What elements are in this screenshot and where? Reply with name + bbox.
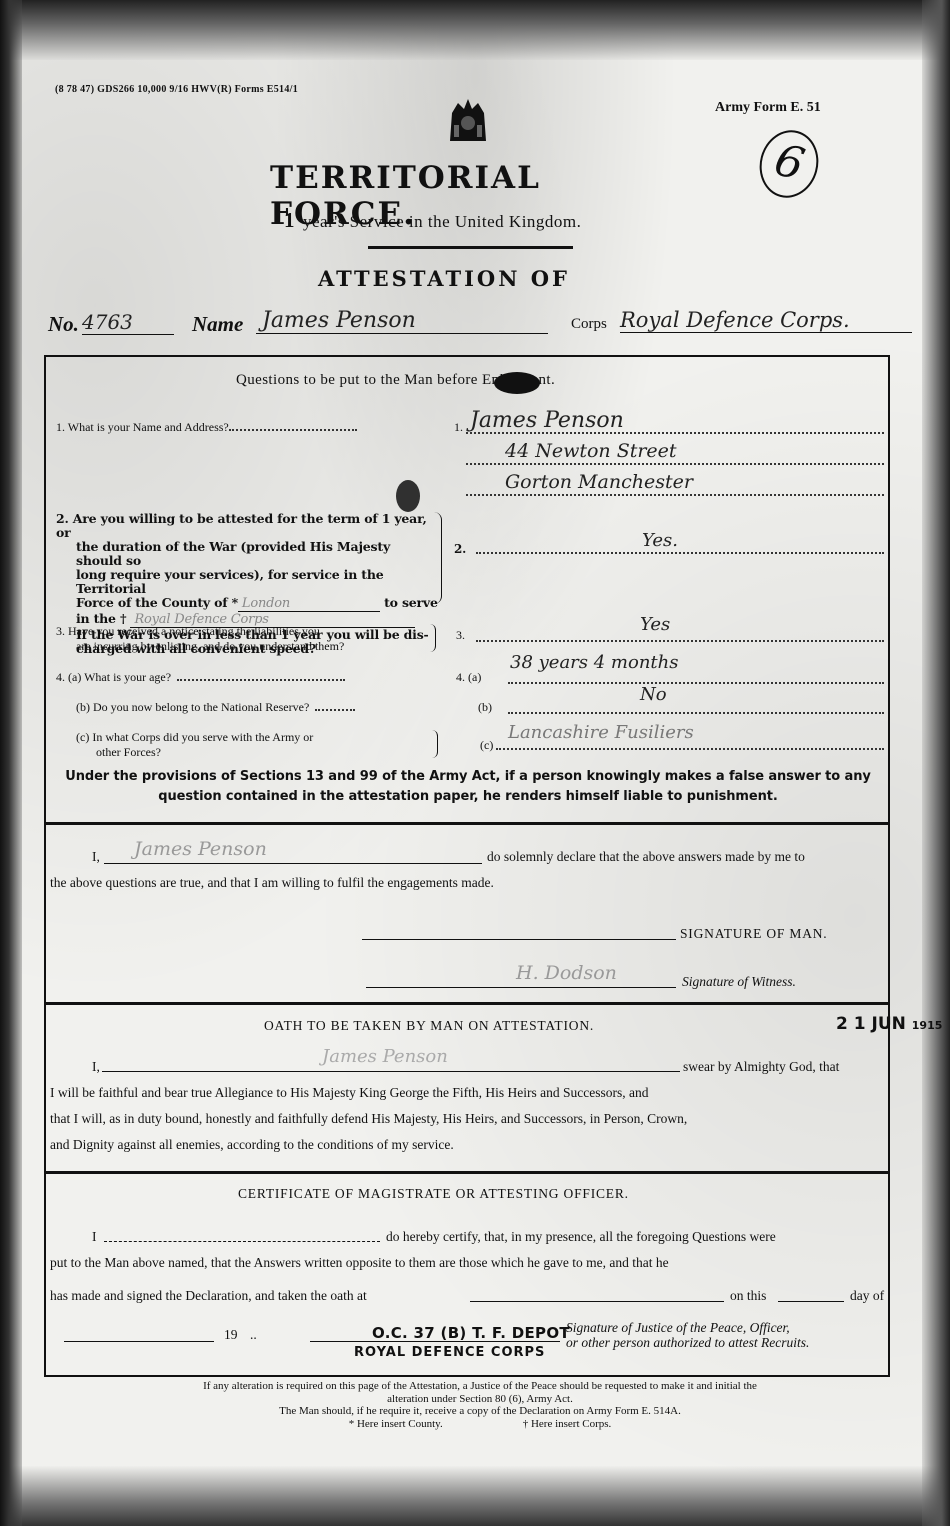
oath-heading: OATH TO BE TAKEN BY MAN ON ATTESTATION. [264, 1018, 594, 1034]
officer-name-field[interactable] [104, 1226, 380, 1242]
corps-field[interactable]: Royal Defence Corps. [620, 308, 912, 333]
depot-stamp: O.C. 37 (B) T. F. DEPOT [372, 1324, 570, 1342]
legal-warning: Under the provisions of Sections 13 and … [48, 767, 888, 807]
oath-name-field[interactable]: James Penson [102, 1046, 680, 1072]
name-field[interactable]: James Penson [256, 308, 548, 334]
no-label: No. [48, 312, 79, 337]
oath-prefix: I, [92, 1058, 100, 1075]
brace-icon [430, 624, 436, 652]
q4a-number: 4. (a) [456, 670, 481, 685]
circled-page-number: 6 [752, 124, 826, 205]
scan-edge-top [0, 0, 950, 60]
q4c-number: (c) [480, 738, 493, 753]
service-number-field[interactable]: 4763 [82, 310, 174, 335]
q1-number: 1. [454, 420, 463, 435]
question-3: 3. Have you received a notice stating th… [56, 624, 344, 653]
footnote-corps: † Here insert Corps. [523, 1418, 612, 1430]
scan-edge-left [0, 0, 22, 1526]
scan-edge-right [922, 0, 950, 1526]
attesting-signature-label: Signature of Justice of the Peace, Offic… [566, 1320, 809, 1350]
attestation-document: (8 78 47) GDS266 10,000 9/16 HWV(R) Form… [0, 0, 950, 1526]
form-box [44, 355, 890, 1377]
signature-of-man-label: SIGNATURE OF MAN. [680, 926, 828, 942]
page-subtitle: 1year's Service in the United Kingdom. [284, 208, 581, 233]
question-4a: 4. (a) What is your age? [56, 670, 345, 685]
q1-answer-street[interactable]: 44 Newton Street [505, 440, 677, 462]
corps-label: Corps [571, 316, 607, 333]
divider-oath [46, 1171, 888, 1174]
subtitle-number: 1 [284, 208, 295, 232]
signature-of-man-field[interactable] [362, 924, 676, 940]
oath-line-3: that I will, as in duty bound, honestly … [50, 1110, 687, 1127]
day-field[interactable] [778, 1286, 844, 1302]
ink-blot [494, 372, 540, 394]
army-form-number: Army Form E. 51 [715, 100, 821, 116]
brace-icon [434, 512, 442, 604]
divider-questions [46, 822, 888, 825]
q4b-answer[interactable]: No [640, 684, 667, 705]
declaration-prefix: I, [92, 848, 100, 865]
year-suffix: .. [250, 1326, 257, 1343]
footnote-county: * Here insert County. [349, 1418, 443, 1430]
witness-signature-field[interactable]: H. Dodson [366, 962, 676, 988]
oath-line-4: and Dignity against all enemies, accordi… [50, 1136, 454, 1153]
attestation-heading: ATTESTATION OF [318, 266, 570, 291]
question-4c: (c) In what Corps did you serve with the… [76, 730, 313, 759]
q2-answer[interactable]: Yes. [642, 530, 678, 551]
title-divider [368, 246, 573, 249]
q4a-answer[interactable]: 38 years 4 months [510, 652, 678, 673]
date-stamp: 2 1 JUN 1915 [836, 1014, 942, 1034]
coat-of-arms-icon [444, 95, 492, 145]
oath-place-field[interactable] [470, 1286, 724, 1302]
question-1: 1. What is your Name and Address? [56, 420, 357, 435]
q3-answer[interactable]: Yes [640, 614, 670, 635]
divider-declaration [46, 1002, 888, 1005]
name-label: Name [192, 312, 243, 337]
print-code: (8 78 47) GDS266 10,000 9/16 HWV(R) Form… [55, 84, 298, 95]
q3-number: 3. [456, 628, 465, 643]
q1-answer-name[interactable]: James Penson [470, 408, 624, 433]
ink-blot [396, 480, 420, 512]
q1-answer-town[interactable]: Gorton Manchester [505, 471, 693, 493]
subtitle-text: year's Service in the United Kingdom. [303, 212, 581, 231]
certificate-text-1: do hereby certify, that, in my presence,… [386, 1228, 776, 1245]
month-field[interactable] [64, 1326, 214, 1342]
certificate-text-3a: has made and signed the Declaration, and… [50, 1287, 367, 1304]
oath-line-2: I will be faithful and bear true Allegia… [50, 1084, 648, 1101]
question-4b: (b) Do you now belong to the National Re… [76, 700, 355, 715]
year-prefix: 19 [224, 1326, 238, 1343]
certificate-heading: CERTIFICATE OF MAGISTRATE OR ATTESTING O… [238, 1186, 629, 1202]
identity-line: No. 4763 Name James Penson Corps Royal D… [48, 312, 918, 342]
brace-icon [432, 730, 438, 758]
q4c-answer[interactable]: Lancashire Fusiliers [508, 722, 694, 743]
corps-stamp: ROYAL DEFENCE CORPS [354, 1345, 545, 1360]
declaration-text-1: do solemnly declare that the above answe… [487, 848, 805, 865]
certificate-text-2: put to the Man above named, that the Ans… [50, 1254, 669, 1271]
footer-notes: If any alteration is required on this pa… [90, 1380, 870, 1430]
declaration-text-2: the above questions are true, and that I… [50, 874, 494, 891]
scan-edge-bottom [0, 1466, 950, 1526]
q4b-number: (b) [478, 700, 492, 715]
oath-text-end: swear by Almighty God, that [683, 1058, 839, 1075]
signature-of-witness-label: Signature of Witness. [682, 974, 796, 989]
certificate-text-3c: day of [850, 1287, 884, 1304]
declaration-name-field[interactable]: James Penson [104, 838, 482, 864]
q2-number: 2. [454, 542, 466, 556]
certificate-prefix: I [92, 1228, 97, 1245]
certificate-text-3b: on this [730, 1287, 766, 1304]
county-field[interactable]: London [238, 597, 380, 612]
